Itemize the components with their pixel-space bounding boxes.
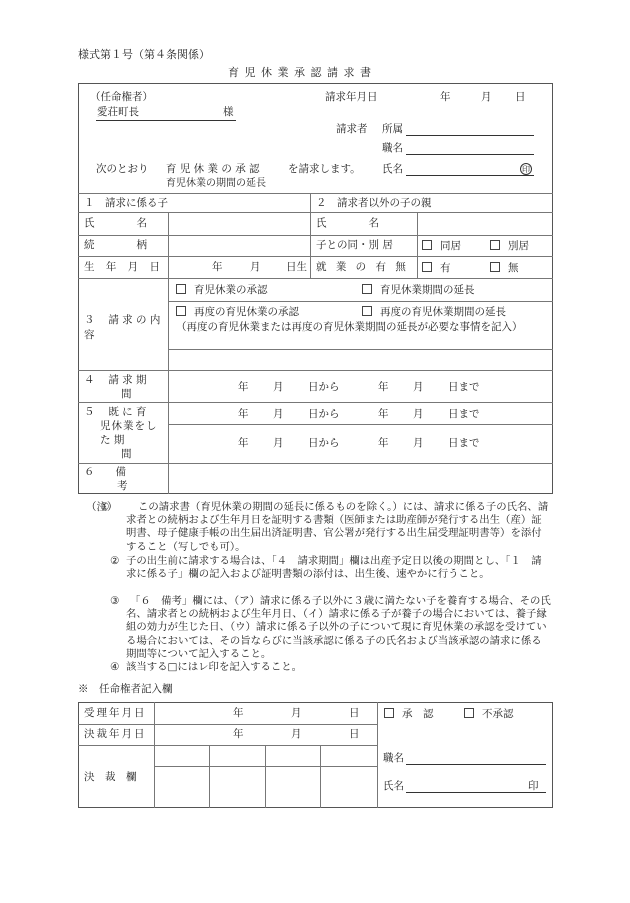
section6-label-cont: 考 bbox=[117, 481, 128, 492]
divider bbox=[78, 256, 553, 257]
statement-option-approval: 育 児 休 業 の 承 認 bbox=[166, 164, 260, 175]
checkbox[interactable] bbox=[176, 284, 186, 294]
form-number: 様式第１号（第４条関係） bbox=[78, 49, 210, 60]
divider bbox=[310, 193, 311, 278]
divider bbox=[78, 402, 553, 403]
note-item: ③ 「６ 備考」欄には、（ア）請求に係る子以外に３歳に満たない子を養育する場合、… bbox=[126, 595, 551, 661]
note-text: 「６ 備考」欄には、（ア）請求に係る子以外に３歳に満たない子を養育する場合、その… bbox=[126, 595, 551, 661]
prior-period1-year-from[interactable]: 年 bbox=[238, 409, 249, 420]
reason-field[interactable] bbox=[170, 350, 552, 369]
received-date-label: 受理年月日 bbox=[84, 708, 147, 719]
approver-position-field[interactable] bbox=[406, 764, 546, 765]
employment-option-no[interactable]: 無 bbox=[490, 262, 519, 274]
checkbox[interactable] bbox=[176, 306, 186, 316]
section5-label: ５ 既 に 育 bbox=[84, 407, 147, 418]
section2-heading: ２ 請求者以外の子の親 bbox=[316, 198, 432, 209]
divider bbox=[78, 193, 553, 194]
approver-position-label: 職名 bbox=[383, 753, 404, 764]
seal-icon: 印 bbox=[520, 163, 532, 175]
checkbox[interactable] bbox=[464, 708, 474, 718]
note-item: ① この請求書（育児休業の期間の延長に係るものを除く。）には、請求に係る子の氏名… bbox=[126, 501, 551, 554]
section5-label-cont2: た 期 bbox=[100, 435, 124, 446]
statement-option-extension: 育児休業の期間の延長 bbox=[166, 179, 266, 189]
position-label: 職名 bbox=[382, 143, 403, 154]
cohabit-option-separate[interactable]: 別居 bbox=[490, 240, 529, 252]
decision-stamp-cell[interactable] bbox=[266, 746, 320, 766]
divider bbox=[168, 424, 553, 425]
section6-label: ６ 備 bbox=[84, 467, 126, 478]
request-period-day-to[interactable]: 日まで bbox=[448, 382, 480, 393]
received-day[interactable]: 日 bbox=[349, 708, 360, 719]
option-repeat-extension[interactable]: 再度の育児休業期間の延長 bbox=[362, 306, 506, 318]
divider bbox=[78, 235, 553, 236]
request-date-label: 請求年月日 bbox=[325, 92, 378, 103]
option-leave-approval[interactable]: 育児休業の承認 bbox=[176, 284, 268, 296]
decided-year[interactable]: 年 bbox=[233, 729, 244, 740]
divider bbox=[154, 766, 378, 767]
note-mark: ① bbox=[100, 501, 109, 514]
approver-name-label: 氏名 bbox=[383, 781, 404, 792]
statement-prefix: 次のとおり bbox=[96, 164, 149, 175]
checkbox[interactable] bbox=[362, 284, 372, 294]
parent-name-field[interactable] bbox=[419, 213, 552, 234]
divider bbox=[78, 370, 553, 371]
checkbox[interactable] bbox=[362, 306, 372, 316]
addressee-suffix: 様 bbox=[223, 107, 234, 118]
child-birth-month[interactable]: 月 bbox=[250, 262, 261, 273]
option-repeat-approval[interactable]: 再度の育児休業の承認 bbox=[176, 306, 299, 318]
employment-label: 就 業 の 有 無 bbox=[316, 262, 409, 273]
request-period-month-from[interactable]: 月 bbox=[273, 382, 284, 393]
request-period-day-from[interactable]: 日から bbox=[308, 382, 340, 393]
note-text: この請求書（育児休業の期間の延長に係るものを除く。）には、請求に係る子の氏名、請… bbox=[126, 501, 551, 554]
child-birth-day[interactable]: 日生 bbox=[286, 262, 307, 273]
requester-label: 請求者 bbox=[336, 124, 368, 135]
checkbox[interactable] bbox=[422, 240, 432, 250]
received-month[interactable]: 月 bbox=[291, 708, 302, 719]
section5-label-cont3: 間 bbox=[121, 449, 132, 460]
affiliation-label: 所属 bbox=[382, 124, 403, 135]
request-date-day[interactable]: 日 bbox=[515, 92, 526, 103]
divider bbox=[78, 278, 553, 279]
option-leave-extension[interactable]: 育児休業期間の延長 bbox=[362, 284, 475, 296]
prior-period2-day-to[interactable]: 日まで bbox=[448, 438, 480, 449]
prior-period2-year-from[interactable]: 年 bbox=[238, 438, 249, 449]
prior-period2-year-to[interactable]: 年 bbox=[378, 438, 389, 449]
child-birthdate-label: 生 年 月 日 bbox=[84, 262, 164, 273]
prior-period1-day-from[interactable]: 日から bbox=[308, 409, 340, 420]
employment-option-yes[interactable]: 有 bbox=[422, 262, 451, 274]
prior-period1-year-to[interactable]: 年 bbox=[378, 409, 389, 420]
note-item: ② 子の出生前に請求する場合は、「４ 請求期間」欄は出産予定日以後の期間とし、「… bbox=[126, 555, 551, 581]
child-name-field[interactable] bbox=[170, 213, 309, 234]
divider bbox=[168, 301, 553, 302]
note-text: 該当する□にはレ印を記入すること。 bbox=[126, 661, 551, 674]
affiliation-field[interactable] bbox=[406, 135, 534, 136]
statement-suffix: を請求します。 bbox=[288, 164, 361, 175]
child-relation-field[interactable] bbox=[170, 236, 309, 255]
decision-stamp-cell[interactable] bbox=[210, 746, 265, 766]
checkbox[interactable] bbox=[490, 262, 500, 272]
main-form-table bbox=[78, 83, 553, 494]
disapprove-option[interactable]: 不承認 bbox=[464, 708, 514, 720]
prior-period1-day-to[interactable]: 日まで bbox=[448, 409, 480, 420]
checkbox[interactable] bbox=[384, 708, 394, 718]
page-title: 育 児 休 業 承 認 請 求 書 bbox=[228, 67, 372, 78]
addressee-underline bbox=[96, 120, 236, 121]
appointer-label: （任命権者） bbox=[90, 92, 153, 103]
approve-option[interactable]: 承 認 bbox=[384, 708, 434, 720]
decision-stamp-cell[interactable] bbox=[155, 746, 209, 766]
child-name-label: 氏 名 bbox=[84, 218, 147, 229]
request-period-year-from[interactable]: 年 bbox=[238, 382, 249, 393]
received-year[interactable]: 年 bbox=[233, 708, 244, 719]
approver-seal: 印 bbox=[528, 781, 539, 792]
decided-date-label: 決裁年月日 bbox=[84, 729, 147, 740]
reason-note: （再度の育児休業または再度の育児休業期間の延長が必要な事情を記入） bbox=[180, 320, 548, 334]
decided-month[interactable]: 月 bbox=[291, 729, 302, 740]
addressee: 愛荘町長 bbox=[97, 107, 139, 118]
decided-day[interactable]: 日 bbox=[349, 729, 360, 740]
child-birth-year[interactable]: 年 bbox=[212, 262, 223, 273]
note-mark: ③ bbox=[110, 595, 119, 608]
prior-period1-month-from[interactable]: 月 bbox=[273, 409, 284, 420]
request-date-year[interactable]: 年 bbox=[440, 92, 451, 103]
parent-name-label: 氏 名 bbox=[316, 218, 379, 229]
note-item: ④ 該当する□にはレ印を記入すること。 bbox=[126, 661, 551, 674]
section4-label: ４ 請 求 期 bbox=[84, 375, 147, 386]
prior-period1-month-to[interactable]: 月 bbox=[413, 409, 424, 420]
position-field[interactable] bbox=[406, 154, 534, 155]
section5-label-cont: 児休業をし bbox=[100, 421, 158, 432]
request-period-month-to[interactable]: 月 bbox=[413, 382, 424, 393]
section3-label-cont: 容 bbox=[84, 330, 95, 341]
divider bbox=[168, 212, 169, 494]
divider bbox=[78, 724, 378, 725]
approver-name-field[interactable] bbox=[406, 792, 546, 793]
decision-label: 決 裁 欄 bbox=[84, 772, 137, 783]
request-period-year-to[interactable]: 年 bbox=[378, 382, 389, 393]
request-date-month[interactable]: 月 bbox=[481, 92, 492, 103]
child-relation-label: 続 柄 bbox=[84, 240, 147, 251]
name-label: 氏名 bbox=[382, 164, 403, 175]
appointer-section-heading: ※ 任命権者記入欄 bbox=[78, 684, 173, 695]
checkbox[interactable] bbox=[490, 240, 500, 250]
name-field[interactable] bbox=[406, 175, 534, 176]
note-mark: ② bbox=[110, 555, 119, 568]
remarks-field[interactable] bbox=[170, 464, 552, 493]
note-text: 子の出生前に請求する場合は、「４ 請求期間」欄は出産予定日以後の期間とし、「１ … bbox=[126, 555, 551, 581]
checkbox[interactable] bbox=[422, 262, 432, 272]
prior-period2-day-from[interactable]: 日から bbox=[308, 438, 340, 449]
cohabit-label: 子との同・別 居 bbox=[316, 240, 393, 251]
cohabit-option-together[interactable]: 同居 bbox=[422, 240, 461, 252]
section4-label-cont: 間 bbox=[121, 389, 132, 400]
decision-stamp-cell[interactable] bbox=[321, 746, 377, 766]
section3-label: ３ 請 求 の 内 bbox=[84, 315, 160, 326]
note-mark: ④ bbox=[110, 661, 119, 674]
prior-period2-month-to[interactable]: 月 bbox=[413, 438, 424, 449]
divider bbox=[377, 702, 378, 808]
prior-period2-month-from[interactable]: 月 bbox=[273, 438, 284, 449]
section1-heading: １ 請求に係る子 bbox=[84, 198, 168, 209]
divider bbox=[417, 212, 418, 278]
